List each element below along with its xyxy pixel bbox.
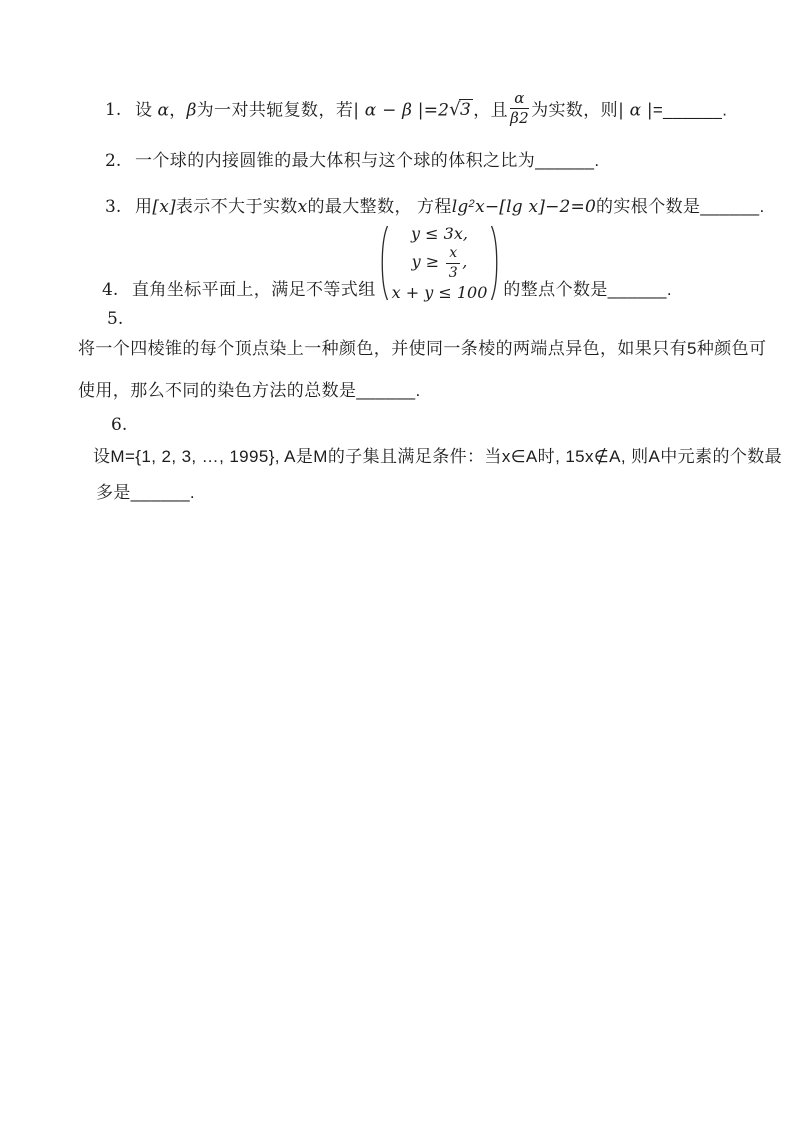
problem-4-tail: 的整点个数是______.	[503, 278, 672, 302]
fraction-numerator: α	[510, 90, 529, 109]
problem-1: 1.设 α，β为一对共轭复数，若| α − β |=2√3，且αβ2为实数，则|…	[105, 90, 727, 128]
left-paren-icon	[378, 224, 389, 302]
problem-4-lead: 4.直角坐标平面上，满足不等式组	[102, 278, 376, 302]
row2-comma: ,	[462, 253, 467, 272]
fraction-alpha-over-beta2: αβ2	[510, 90, 529, 128]
problem-2: 2.一个球的内接圆锥的最大体积与这个球的体积之比为______.	[105, 150, 599, 172]
problem-1-abs-alpha: | α |	[618, 100, 653, 120]
document-page: 1.设 α，β为一对共轭复数，若| α − β |=2√3，且αβ2为实数，则|…	[0, 0, 800, 1132]
inequality-row-1: y ≤ 3x,	[411, 224, 468, 243]
problem-1-comma: ，	[169, 100, 186, 119]
problem-5-number-label: 5.	[107, 308, 123, 330]
fraction-x-over-3: x3	[446, 245, 460, 280]
problem-6-line-2: 多是______.	[96, 482, 195, 504]
problem-1-text3: ，且	[473, 100, 508, 119]
fraction-numerator: x	[446, 245, 460, 263]
inequality-row-2: y ≥ x3,	[412, 245, 468, 280]
problem-5-text-1: 将一个四棱锥的每个顶点染上一种颜色，并使同一条棱的两端点异色，如果只有5种颜色可	[78, 339, 766, 358]
problem-3-text1: 用	[135, 197, 152, 216]
problem-4: 4.直角坐标平面上，满足不等式组 y ≤ 3x, y ≥ x3, x + y ≤…	[102, 224, 672, 302]
problem-2-text: 一个球的内接圆锥的最大体积与这个球的体积之比为______.	[135, 151, 599, 170]
fraction-denominator: β2	[510, 109, 529, 127]
inequality-row-3: x + y ≤ 100	[392, 283, 488, 302]
right-paren-icon	[490, 224, 501, 302]
problem-1-var-alpha: α	[158, 100, 170, 120]
problem-5-answer-blank: 使用，那么不同的染色方法的总数是______.	[78, 381, 421, 400]
problem-6-line-1: 设M={1, 2, 3, …, 1995}, A是M的子集且满足条件：当x∈A时…	[93, 446, 782, 468]
square-root-expression: √3	[449, 100, 473, 120]
problem-3: 3.用[x]表示不大于实数x的最大整数， 方程lg2x−[lg x]−2=0的实…	[105, 193, 765, 218]
problem-2-number: 2.	[105, 150, 135, 172]
problem-6-text-1: 设M={1, 2, 3, …, 1995}, A是M的子集且满足条件：当x∈A时…	[93, 447, 782, 466]
problem-5-line-2: 使用，那么不同的染色方法的总数是______.	[78, 380, 421, 402]
problem-1-text: 设	[135, 100, 158, 119]
problem-3-answer-blank: 的实根个数是______.	[596, 197, 765, 216]
floor-bracket-x: [x]	[152, 197, 175, 217]
problem-1-text4: 为实数，则	[531, 100, 618, 119]
problem-1-var-beta: β	[187, 100, 197, 120]
row2-prefix: y ≥	[412, 253, 445, 272]
problem-3-text3: 的最大整数， 方程	[307, 197, 451, 216]
problem-1-answer-blank: =______.	[653, 100, 728, 119]
problem-6-number: 6.	[111, 414, 127, 436]
problem-4-text1: 直角坐标平面上，满足不等式组	[132, 280, 376, 299]
radicand: 3	[459, 99, 473, 120]
problem-3-number: 3.	[105, 196, 135, 218]
problem-6-answer-blank: 多是______.	[96, 483, 195, 502]
inequality-system: y ≤ 3x, y ≥ x3, x + y ≤ 100	[378, 224, 502, 302]
problem-4-number: 4.	[102, 278, 132, 302]
problem-3-var-x: x	[298, 197, 308, 217]
problem-3-text2: 表示不大于实数	[176, 197, 298, 216]
problem-1-abs-expression: | α − β |=2	[353, 100, 449, 120]
problem-1-number: 1.	[105, 99, 135, 121]
equation-lg: lg	[452, 197, 469, 217]
problem-5-line-1: 将一个四棱锥的每个顶点染上一种颜色，并使同一条棱的两端点异色，如果只有5种颜色可	[78, 338, 766, 360]
inequality-rows: y ≤ 3x, y ≥ x3, x + y ≤ 100	[389, 224, 491, 302]
fraction-denominator: 3	[446, 264, 460, 281]
equation-rest: x−[lg x]−2=0	[475, 197, 596, 217]
problem-1-text2: 为一对共轭复数，若	[197, 100, 354, 119]
problem-6-number-label: 6.	[111, 414, 127, 436]
problem-5-number: 5.	[107, 308, 123, 330]
